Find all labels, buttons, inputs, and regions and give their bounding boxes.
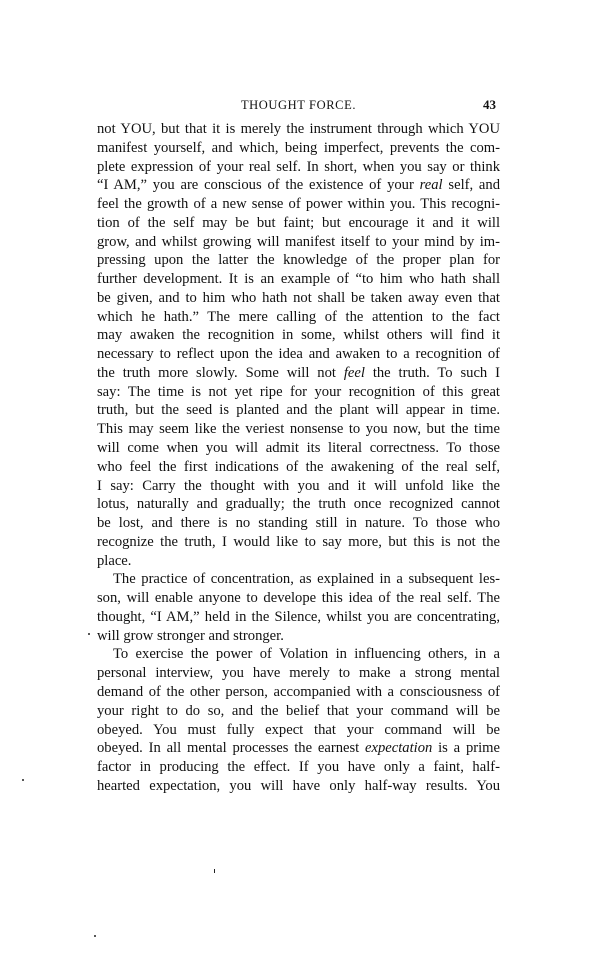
scan-speck <box>22 779 24 781</box>
book-page: THOUGHT FORCE. 43 not YOU, but that it i… <box>0 0 600 978</box>
text-line: I say: Carry the thought with you and it… <box>97 477 500 496</box>
text-line: be lost, and there is no standing still … <box>97 514 500 533</box>
paragraph-3: To exercise the power of Volation in inf… <box>97 645 500 795</box>
body-text: not YOU, but that it is merely the instr… <box>97 120 500 796</box>
text-line: feel the growth of a new sense of power … <box>97 195 500 214</box>
text-segment: obeyed. In all mental processes the earn… <box>97 740 365 756</box>
text-segment: self, and <box>443 177 500 193</box>
text-line: tion of the self may be but faint; but e… <box>97 214 500 233</box>
scan-speck <box>214 869 215 873</box>
text-line: demand of the other person, accompanied … <box>97 683 500 702</box>
text-line: obeyed. In all mental processes the earn… <box>97 739 500 758</box>
text-line: “I AM,” you are conscious of the existen… <box>97 176 500 195</box>
text-segment: “I AM,” you are conscious of the existen… <box>97 177 420 193</box>
text-line: grow, and whilst growing will manifest i… <box>97 233 500 252</box>
text-line: hearted expectation, you will have only … <box>97 777 500 796</box>
text-line: This may seem like the veriest nonsense … <box>97 420 500 439</box>
text-line: not YOU, but that it is merely the instr… <box>97 120 500 139</box>
text-line: pressing upon the latter the knowledge o… <box>97 251 500 270</box>
text-segment: the truth more slowly. Some will not <box>97 365 344 381</box>
text-line: may awaken the recognition in some, whil… <box>97 326 500 345</box>
text-line: plete expression of your real self. In s… <box>97 158 500 177</box>
page-number: 43 <box>483 96 496 114</box>
text-line: recognize the truth, I would like to say… <box>97 533 500 552</box>
emphasis: real <box>420 177 443 193</box>
text-segment: the truth. To such I <box>365 365 500 381</box>
running-title: THOUGHT FORCE. <box>97 96 500 114</box>
text-line: lotus, naturally and gradually; the trut… <box>97 495 500 514</box>
paragraph-2: The practice of concentration, as explai… <box>97 570 500 645</box>
emphasis: feel <box>344 365 365 381</box>
text-line: thought, “I AM,” held in the Silence, wh… <box>97 608 500 627</box>
text-line: who feel the first indications of the aw… <box>97 458 500 477</box>
text-line: the truth more slowly. Some will not fee… <box>97 364 500 383</box>
text-line: will come when you will admit its litera… <box>97 439 500 458</box>
text-line: manifest yourself, and which, being impe… <box>97 139 500 158</box>
text-line: son, will enable anyone to develope this… <box>97 589 500 608</box>
text-line: factor in producing the effect. If you h… <box>97 758 500 777</box>
scan-speck <box>88 633 90 635</box>
text-line: which he hath.” The mere calling of the … <box>97 308 500 327</box>
text-line: truth, but the seed is planted and the p… <box>97 401 500 420</box>
text-line: say: The time is not yet ripe for your r… <box>97 383 500 402</box>
text-line: place. <box>97 552 500 571</box>
text-line: personal interview, you have merely to m… <box>97 664 500 683</box>
text-segment: is a prime <box>432 740 500 756</box>
text-line: To exercise the power of Volation in inf… <box>97 645 500 664</box>
scan-speck <box>94 935 96 937</box>
paragraph-1: not YOU, but that it is merely the instr… <box>97 120 500 570</box>
emphasis: expectation <box>365 740 432 756</box>
text-line: will grow stronger and stronger. <box>97 627 500 646</box>
text-line: obeyed. You must fully expect that your … <box>97 721 500 740</box>
running-head: THOUGHT FORCE. 43 <box>97 96 500 114</box>
text-line: The practice of concentration, as explai… <box>97 570 500 589</box>
text-line: your right to do so, and the belief that… <box>97 702 500 721</box>
text-line: further development. It is an example of… <box>97 270 500 289</box>
text-line: be given, and to him who hath not shall … <box>97 289 500 308</box>
text-line: necessary to reflect upon the idea and a… <box>97 345 500 364</box>
